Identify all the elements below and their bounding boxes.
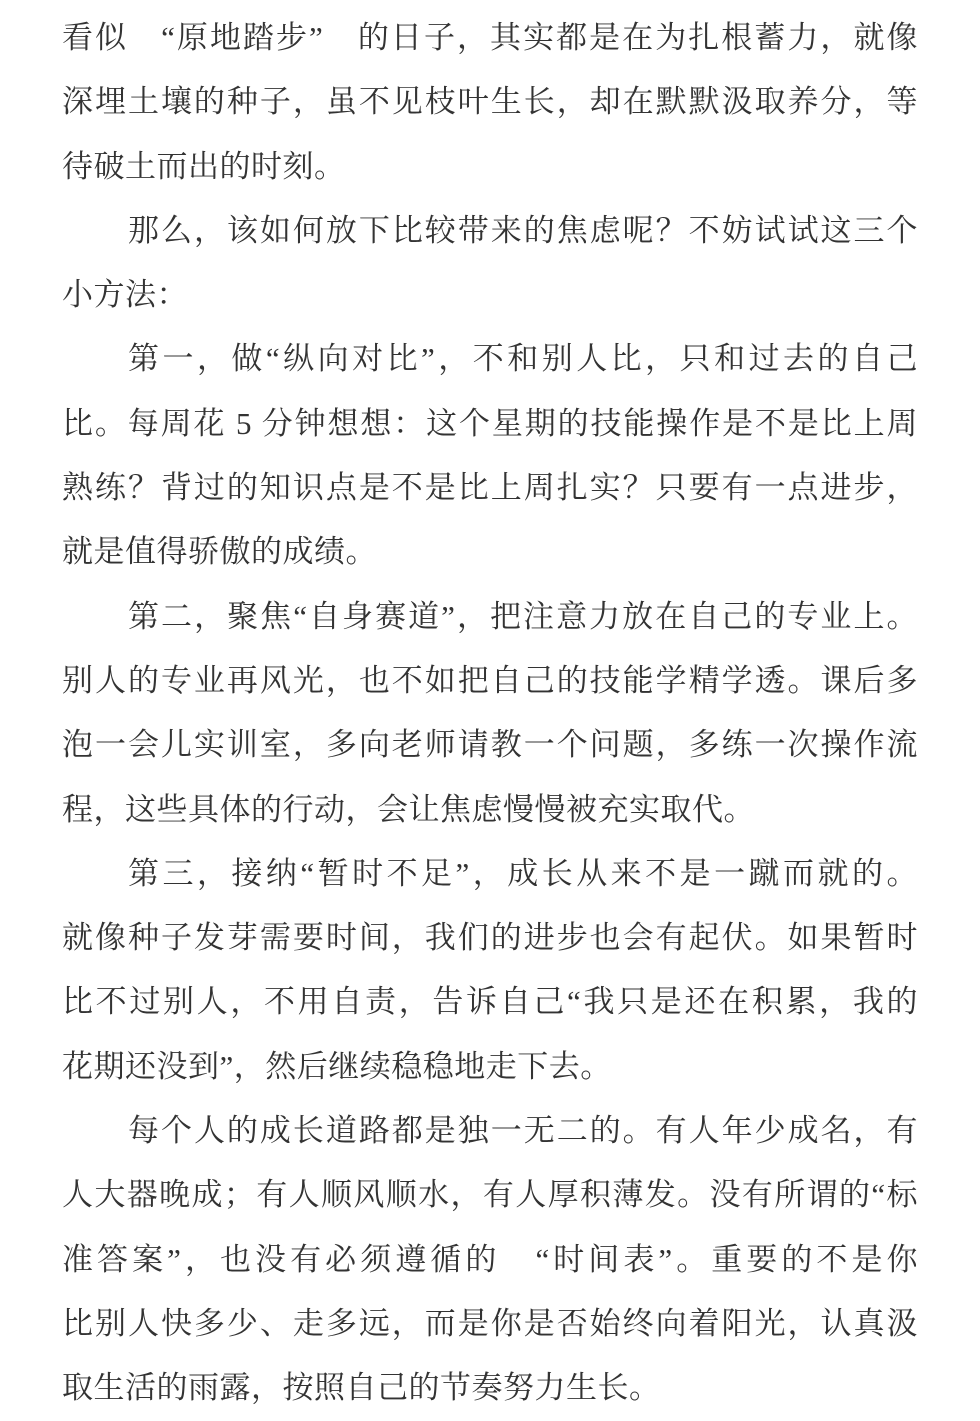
text-line-12: 泡一会儿实训室，多向老师请教一个问题，多练一次操作流 <box>62 713 918 777</box>
text-line-16: 比不过别人，不用自责，告诉自己“我只是还在积累，我的 <box>62 970 918 1034</box>
text-line-8: 熟练？背过的知识点是不是比上周扎实？只要有一点进步， <box>62 456 918 520</box>
text-line-10: 第二，聚焦“自身赛道”，把注意力放在自己的专业上。 <box>62 585 918 649</box>
text-line-9: 就是值得骄傲的成绩。 <box>62 520 918 584</box>
document-page: 看似 “原地踏步” 的日子，其实都是在为扎根蓄力，就像 深埋土壤的种子，虽不见枝… <box>0 0 980 1421</box>
text-line-6: 第一，做“纵向对比”，不和别人比，只和过去的自己 <box>62 327 918 391</box>
text-line-3: 待破土而出的时刻。 <box>62 135 918 199</box>
text-line-4: 那么，该如何放下比较带来的焦虑呢？不妨试试这三个 <box>62 199 918 263</box>
text-line-21: 比别人快多少、走多远，而是你是否始终向着阳光，认真汲 <box>62 1292 918 1356</box>
text-line-18: 每个人的成长道路都是独一无二的。有人年少成名，有 <box>62 1099 918 1163</box>
text-line-2: 深埋土壤的种子，虽不见枝叶生长，却在默默汲取养分，等 <box>62 70 918 134</box>
text-line-13: 程，这些具体的行动，会让焦虑慢慢被充实取代。 <box>62 778 918 842</box>
text-line-11: 别人的专业再风光，也不如把自己的技能学精学透。课后多 <box>62 649 918 713</box>
text-line-19: 人大器晚成；有人顺风顺水，有人厚积薄发。没有所谓的“标 <box>62 1163 918 1227</box>
text-line-22: 取生活的雨露，按照自己的节奏努力生长。 <box>62 1356 918 1420</box>
text-line-1: 看似 “原地踏步” 的日子，其实都是在为扎根蓄力，就像 <box>62 6 918 70</box>
text-line-14: 第三，接纳“暂时不足”，成长从来不是一蹴而就的。 <box>62 842 918 906</box>
text-line-17: 花期还没到”，然后继续稳稳地走下去。 <box>62 1035 918 1099</box>
text-line-20: 准答案”，也没有必须遵循的 “时间表”。重要的不是你 <box>62 1228 918 1292</box>
text-line-15: 就像种子发芽需要时间，我们的进步也会有起伏。如果暂时 <box>62 906 918 970</box>
text-line-5: 小方法： <box>62 263 918 327</box>
text-line-7: 比。每周花 5 分钟想想：这个星期的技能操作是不是比上周 <box>62 392 918 456</box>
